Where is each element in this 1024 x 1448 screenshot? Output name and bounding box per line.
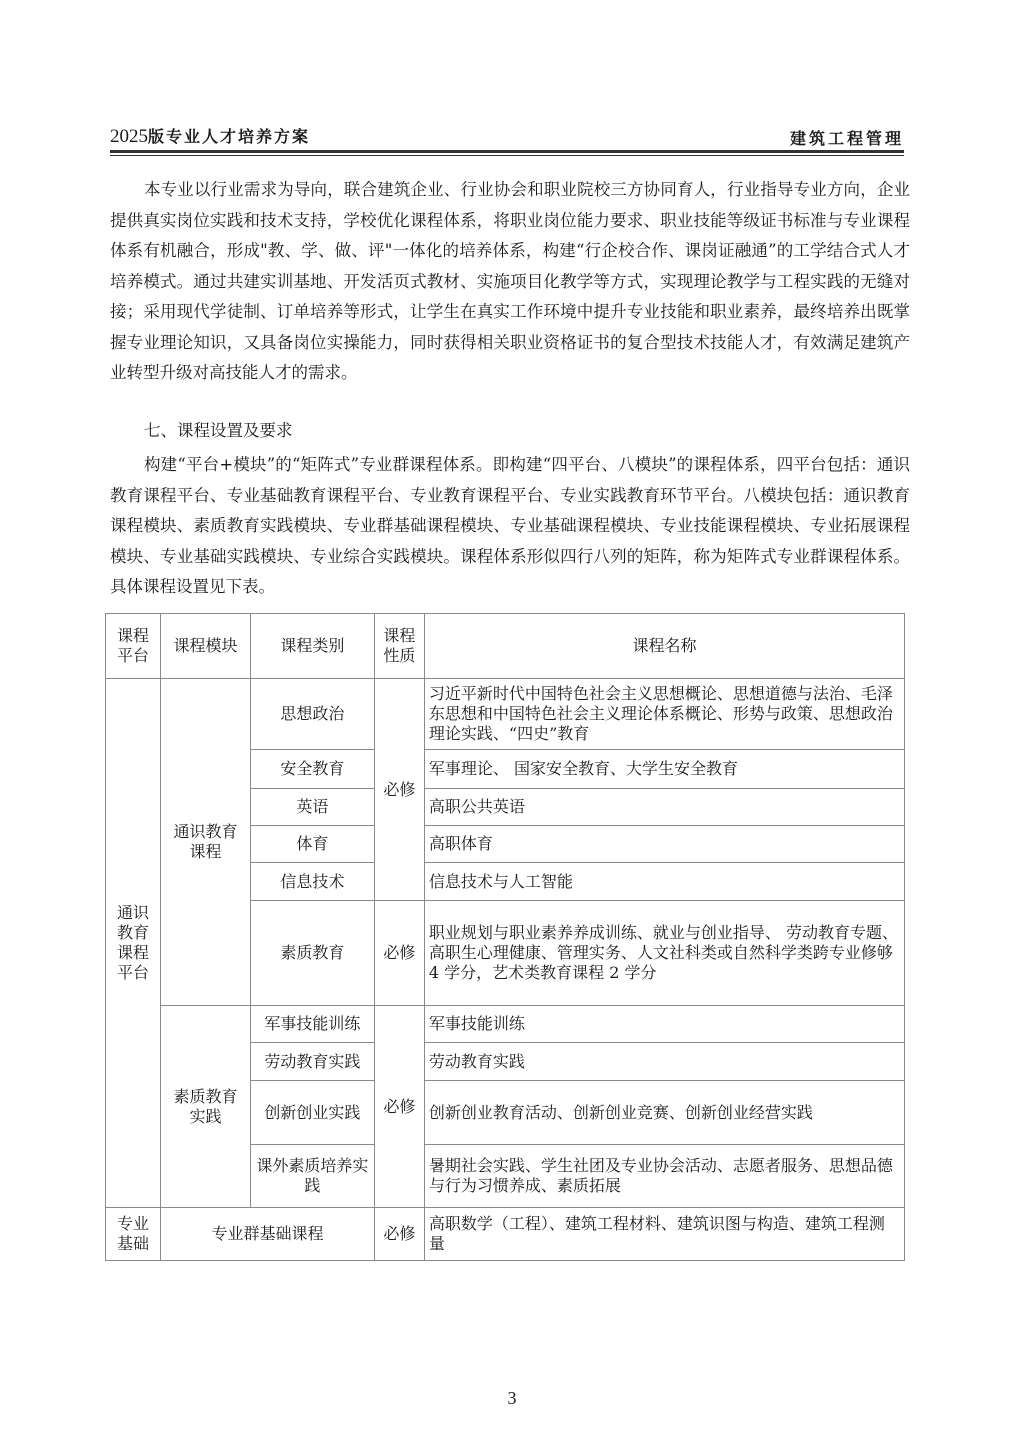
category-cell: 课外素质培养实践 <box>250 1145 374 1208</box>
nature-cell: 必修 <box>374 1208 424 1261</box>
category-cell: 安全教育 <box>250 750 374 789</box>
header-module: 课程模块 <box>160 614 250 679</box>
module-quality-practice: 素质教育实践 <box>160 1006 250 1208</box>
category-cell: 英语 <box>250 789 374 826</box>
course-name-cell: 职业规划与职业素养养成训练、就业与创业指导、 劳动教育专题、高职生心理健康、管理… <box>424 901 904 1006</box>
category-cell: 信息技术 <box>250 863 374 901</box>
nature-cell: 必修 <box>374 1006 424 1208</box>
section-heading: 七、课程设置及要求 <box>144 417 293 441</box>
course-name-cell: 创新创业教育活动、创新创业竞赛、创新创业经营实践 <box>424 1081 904 1145</box>
course-name-cell: 军事理论、 国家安全教育、大学生安全教育 <box>424 750 904 789</box>
header-category: 课程类别 <box>250 614 374 679</box>
table-row: 专业基础 专业群基础课程 必修 高职数学（工程）、建筑工程材料、建筑识图与构造、… <box>106 1208 905 1261</box>
course-name-cell: 习近平新时代中国特色社会主义思想概论、思想道德与法治、毛泽东思想和中国特色社会主… <box>424 679 904 750</box>
intro-paragraph: 本专业以行业需求为导向，联合建筑企业、行业协会和职业院校三方协同育人，行业指导专… <box>110 175 910 389</box>
table-header-row: 课程平台 课程模块 课程类别 课程性质 课程名称 <box>106 614 905 679</box>
table-row: 素质教育实践 军事技能训练 必修 军事技能训练 <box>106 1006 905 1043</box>
course-name-cell: 高职公共英语 <box>424 789 904 826</box>
curriculum-paragraph: 构建“平台+模块”的“矩阵式”专业群课程体系。即构建“四平台、八模块”的课程体系… <box>110 450 910 603</box>
course-name-cell: 高职数学（工程）、建筑工程材料、建筑识图与构造、建筑工程测量 <box>424 1208 904 1261</box>
category-cell: 劳动教育实践 <box>250 1043 374 1081</box>
page-number: 3 <box>0 1388 1024 1409</box>
document-title-text: 版专业人才培养方案 <box>148 127 310 146</box>
header-course-name: 课程名称 <box>424 614 904 679</box>
table-row: 通识教育课程平台 通识教育课程 思想政治 必修 习近平新时代中国特色社会主义思想… <box>106 679 905 750</box>
course-table: 课程平台 课程模块 课程类别 课程性质 课程名称 通识教育课程平台 通识教育课程… <box>105 613 905 1261</box>
platform-professional-basic: 专业基础 <box>106 1208 161 1261</box>
course-name-cell: 暑期社会实践、学生社团及专业协会活动、志愿者服务、思想品德与行为习惯养成、素质拓… <box>424 1145 904 1208</box>
paragraph-text: 本专业以行业需求为导向，联合建筑企业、行业协会和职业院校三方协同育人，行业指导专… <box>110 175 910 389</box>
header-platform: 课程平台 <box>106 614 161 679</box>
category-cell: 军事技能训练 <box>250 1006 374 1043</box>
course-name-cell: 高职体育 <box>424 826 904 863</box>
header-nature: 课程性质 <box>374 614 424 679</box>
page-header: 2025版专业人才培养方案 建筑工程管理 <box>110 124 904 150</box>
category-cell: 创新创业实践 <box>250 1081 374 1145</box>
nature-cell: 必修 <box>374 901 424 1006</box>
header-rule-thick <box>110 150 904 153</box>
module-general-course: 通识教育课程 <box>160 679 250 1006</box>
course-name-cell: 军事技能训练 <box>424 1006 904 1043</box>
major-name: 建筑工程管理 <box>790 126 904 149</box>
category-cell: 素质教育 <box>250 901 374 1006</box>
document-year: 2025 <box>110 126 148 147</box>
platform-general: 通识教育课程平台 <box>106 679 161 1208</box>
module-group-basic: 专业群基础课程 <box>160 1208 374 1261</box>
paragraph-text: 构建“平台+模块”的“矩阵式”专业群课程体系。即构建“四平台、八模块”的课程体系… <box>110 450 910 603</box>
document-title: 2025版专业人才培养方案 <box>110 124 310 148</box>
category-cell: 思想政治 <box>250 679 374 750</box>
header-rule-thin <box>110 155 904 156</box>
nature-cell: 必修 <box>374 679 424 901</box>
course-name-cell: 信息技术与人工智能 <box>424 863 904 901</box>
category-cell: 体育 <box>250 826 374 863</box>
course-name-cell: 劳动教育实践 <box>424 1043 904 1081</box>
